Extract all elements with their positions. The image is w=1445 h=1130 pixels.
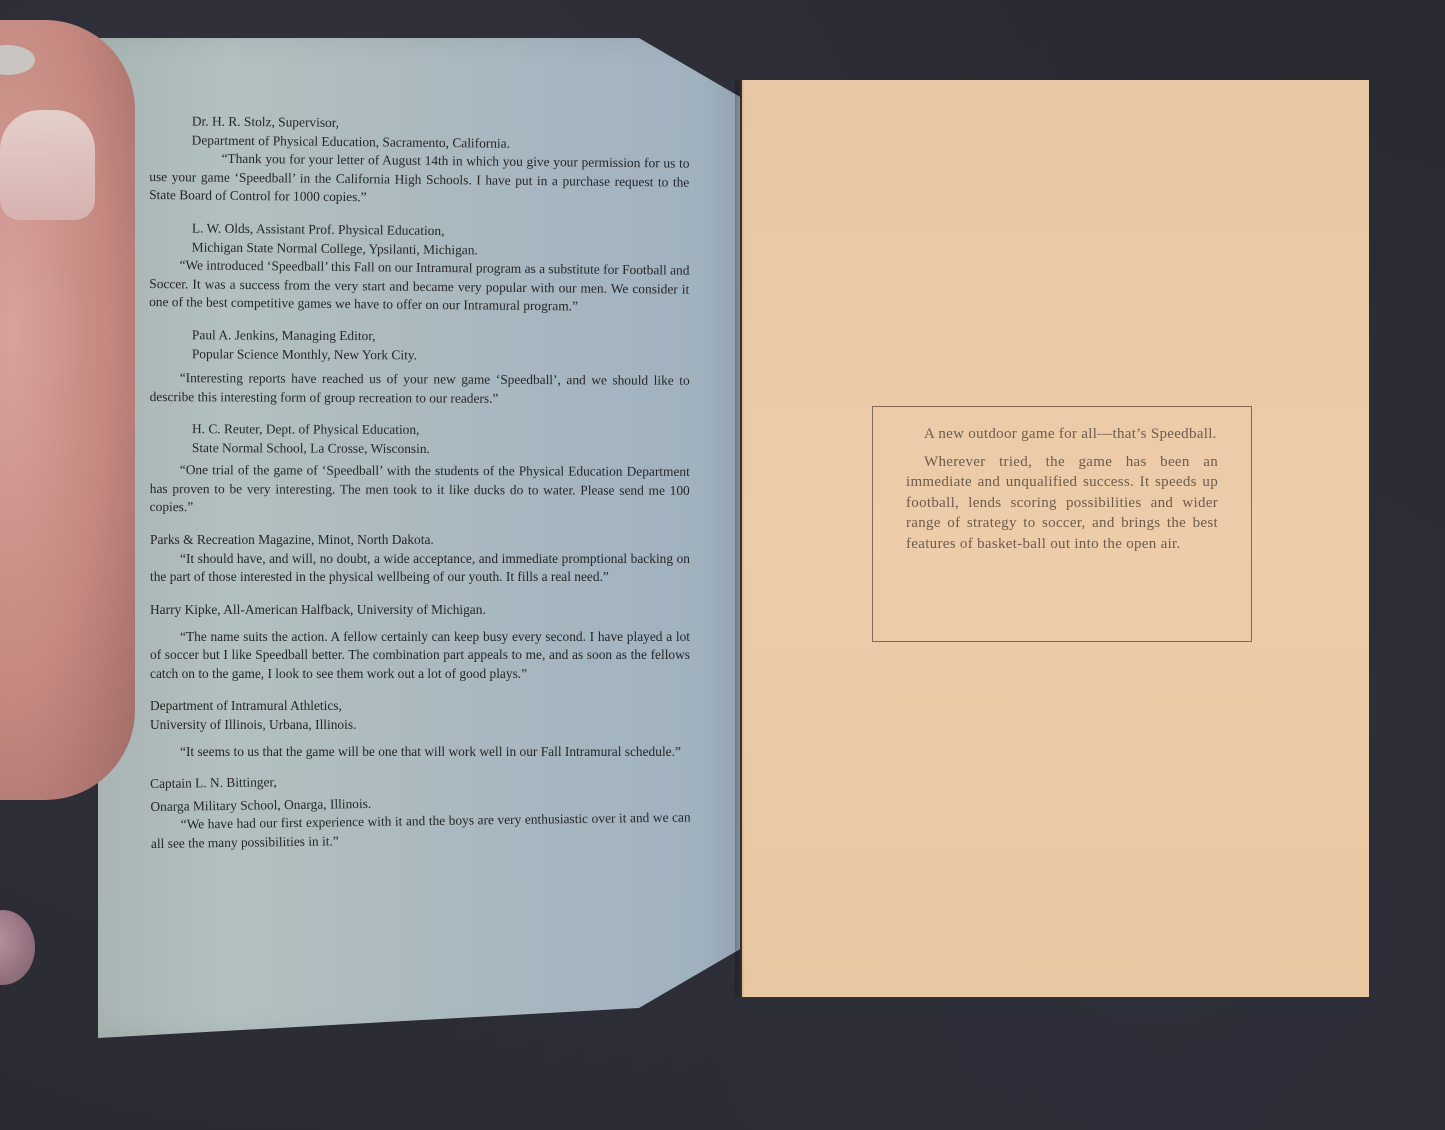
holding-hand <box>0 20 135 800</box>
testimonial-quote: “We have had our first experience with i… <box>151 809 691 854</box>
booklet-spine <box>735 80 745 997</box>
testimonial-name: L. W. Olds, <box>192 220 254 236</box>
testimonial-title: Minot, North Dakota. <box>318 532 434 547</box>
testimonial-entry: Harry Kipke, All-American Halfback, Univ… <box>150 601 690 683</box>
testimonial-title: All-American Halfback, University of Mic… <box>223 602 486 617</box>
testimonial-name: Dr. H. R. Stolz, <box>192 113 275 129</box>
thumb-nail <box>0 110 95 220</box>
testimonials: Dr. H. R. Stolz, Supervisor, Department … <box>150 112 690 868</box>
testimonial-quote: “We introduced ‘Speedball’ this Fall on … <box>149 256 690 317</box>
finger-nail-tip <box>0 45 35 75</box>
testimonial-entry: Parks & Recreation Magazine, Minot, Nort… <box>150 531 690 587</box>
testimonial-entry: L. W. Olds, Assistant Prof. Physical Edu… <box>149 219 690 318</box>
testimonial-title: Managing Editor, <box>282 328 376 343</box>
testimonial-entry: Paul A. Jenkins, Managing Editor, Popula… <box>150 326 690 409</box>
testimonial-quote: “Interesting reports have reached us of … <box>150 369 690 409</box>
testimonial-name: Paul A. Jenkins, <box>192 327 278 342</box>
testimonial-affiliation: University of Illinois, Urbana, Illinois… <box>150 716 690 735</box>
testimonial-title: Supervisor, <box>278 114 339 130</box>
testimonial-quote: “Thank you for your letter of August 14t… <box>149 149 690 210</box>
testimonial-entry: Dr. H. R. Stolz, Supervisor, Department … <box>149 112 690 211</box>
intro-text: A new outdoor game for all—that’s Speedb… <box>906 424 1218 561</box>
testimonial-name: Department of Intramural Athletics, <box>150 697 690 716</box>
testimonial-quote: “The name suits the action. A fellow cer… <box>150 628 690 684</box>
testimonial-entry: Captain L. N. Bittinger, Onarga Military… <box>150 768 691 854</box>
testimonial-affiliation: Popular Science Monthly, New York City. <box>150 345 690 366</box>
testimonial-name: H. C. Reuter, <box>192 421 263 436</box>
testimonial-entry: H. C. Reuter, Dept. of Physical Educatio… <box>150 420 690 519</box>
testimonial-name: Harry Kipke, <box>150 602 221 617</box>
testimonial-affiliation: State Normal School, La Crosse, Wisconsi… <box>150 439 690 459</box>
testimonial-title: Dept. of Physical Education, <box>266 422 420 438</box>
testimonial-quote: “One trial of the game of ‘Speedball’ wi… <box>150 461 690 519</box>
testimonial-name: Captain L. N. Bittinger, <box>150 768 690 794</box>
testimonial-name: Parks & Recreation Magazine, <box>150 532 314 547</box>
testimonial-quote: “It should have, and will, no doubt, a w… <box>150 550 690 587</box>
testimonial-title: Assistant Prof. Physical Education, <box>256 221 445 238</box>
intro-paragraph: Wherever tried, the game has been an imm… <box>906 452 1218 555</box>
testimonial-quote: “It seems to us that the game will be on… <box>150 743 690 762</box>
intro-paragraph: A new outdoor game for all—that’s Speedb… <box>906 424 1218 445</box>
testimonial-entry: Department of Intramural Athletics, Univ… <box>150 697 690 761</box>
